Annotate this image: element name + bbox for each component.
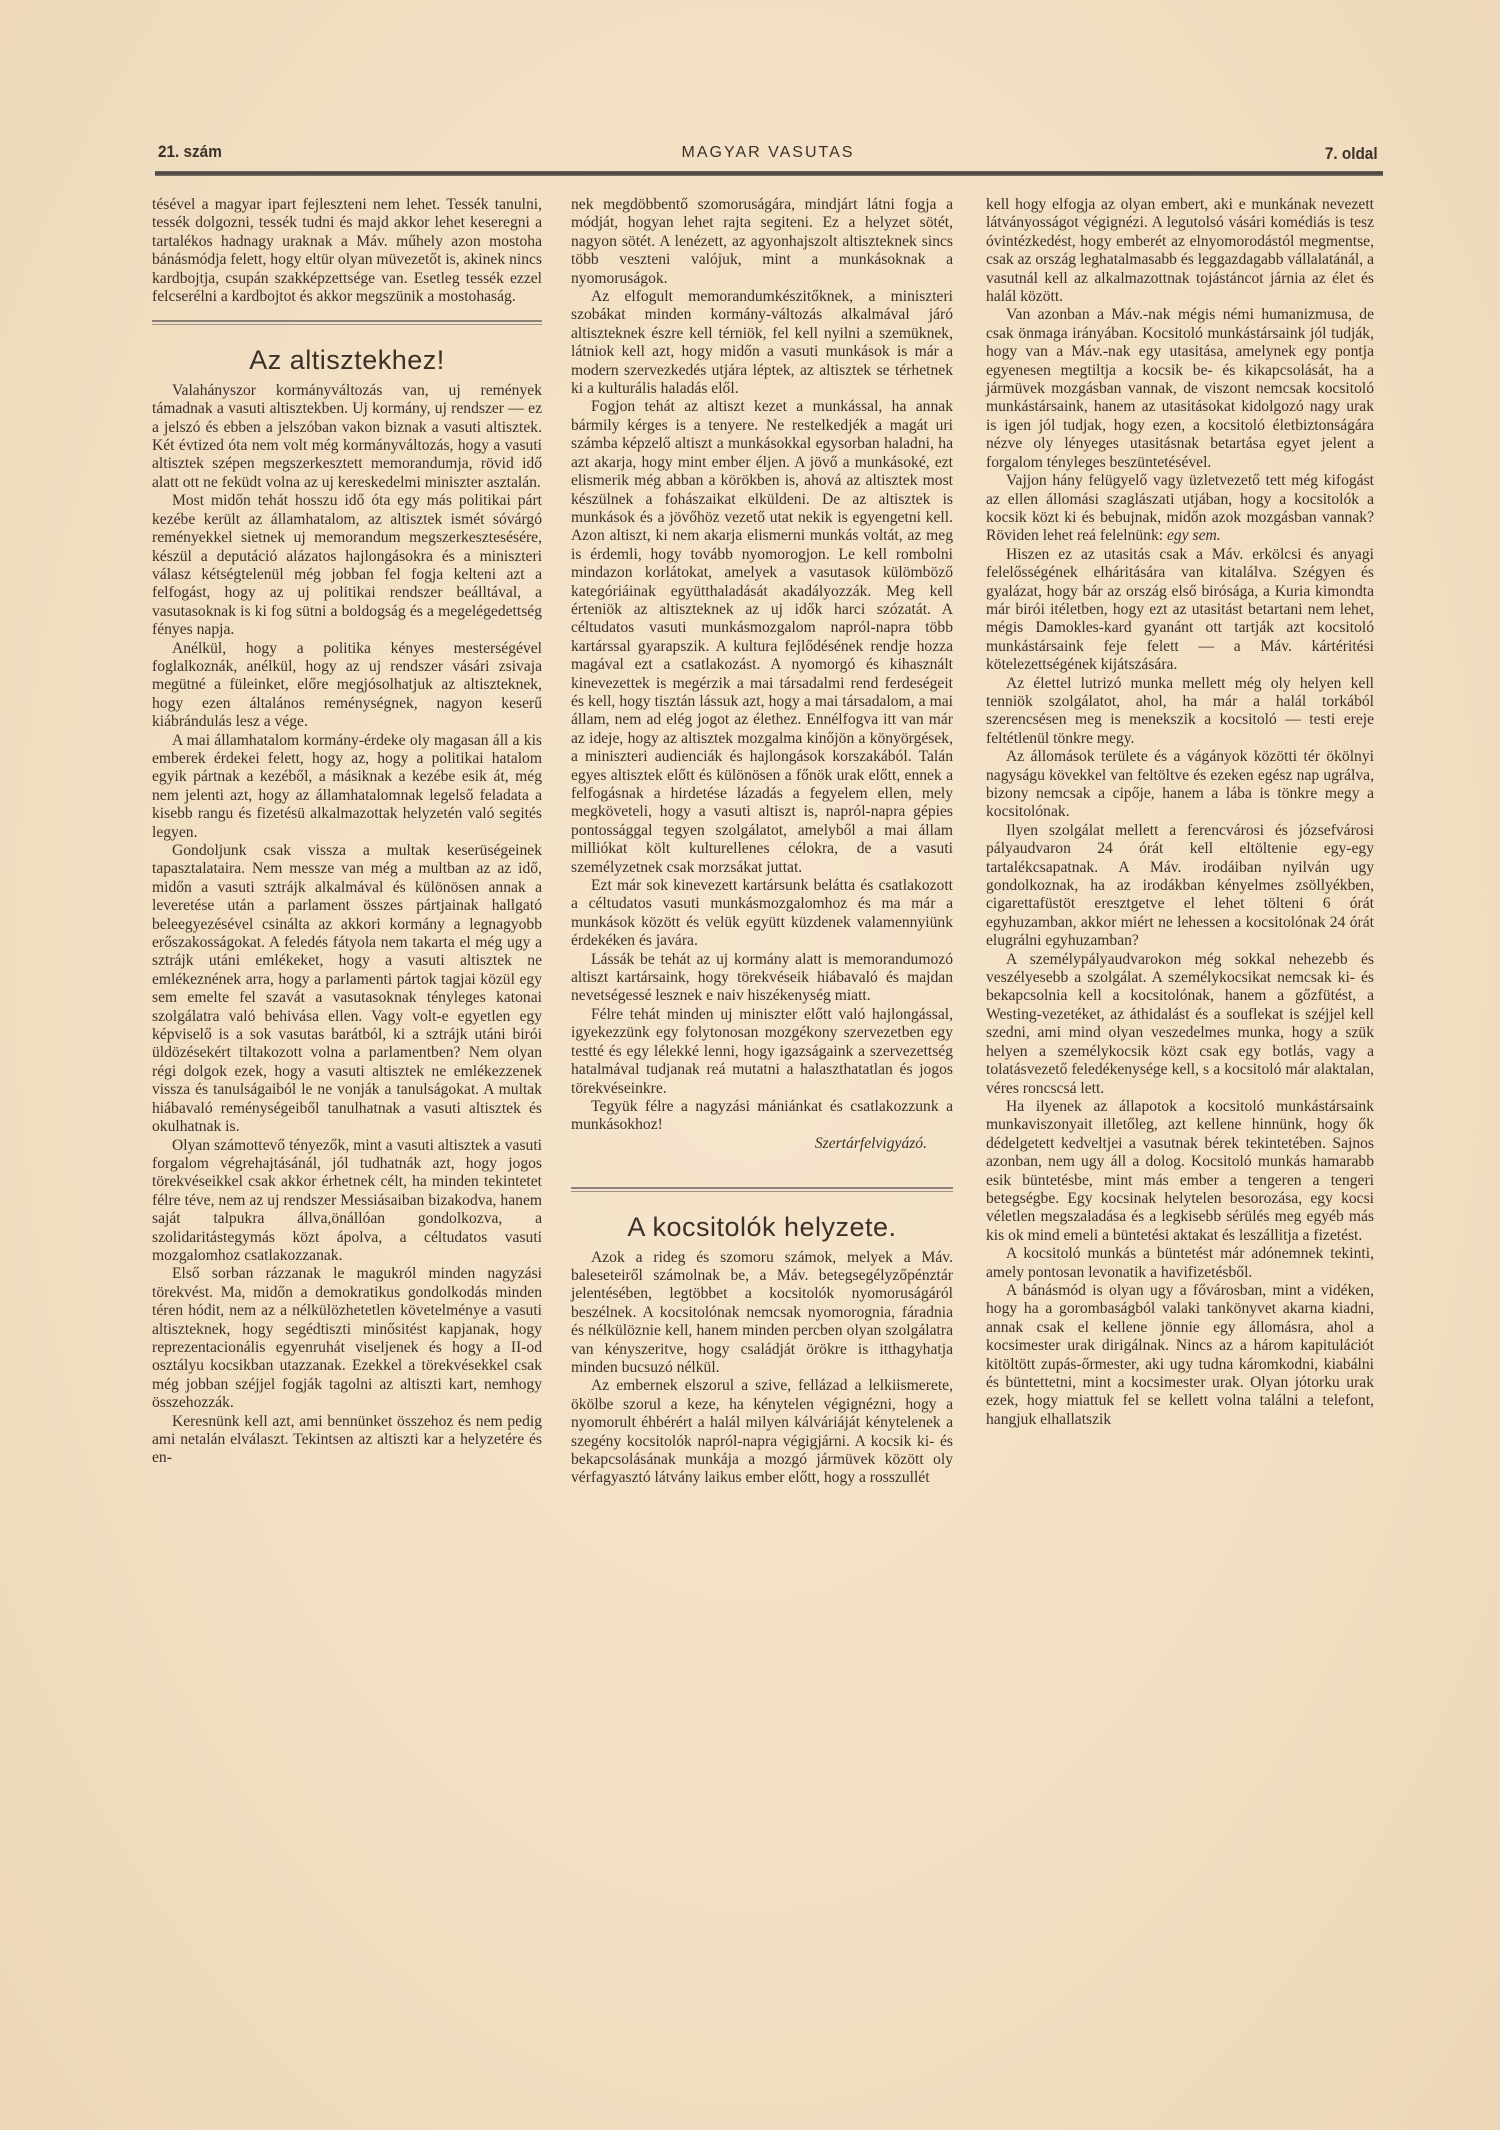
- italic-answer: egy sem.: [1167, 527, 1221, 544]
- paragraph: A kocsitoló munkás a büntetést már adóne…: [986, 1245, 1374, 1282]
- paragraph: Hiszen ez az utasitás csak a Máv. erkölc…: [986, 546, 1374, 675]
- paragraph: Keresnünk kell azt, ami bennünket összeh…: [152, 1413, 542, 1468]
- paragraph: Fogjon tehát az altiszt kezet a munkássa…: [571, 398, 953, 877]
- paragraph: A személypályaudvarokon még sokkal nehez…: [986, 951, 1374, 1098]
- continuation-text: tésével a magyar ipart fejleszteni nem l…: [152, 196, 542, 306]
- paragraph: Valahányszor kormányváltozás van, uj rem…: [152, 382, 542, 492]
- paragraph: Félre tehát minden uj miniszter előtt va…: [571, 1006, 953, 1098]
- paragraph: Vajjon hány felügyelő vagy üzletvezető t…: [986, 472, 1374, 546]
- paragraph: Gondoljunk csak vissza a multak keserüsé…: [152, 842, 542, 1137]
- paragraph: Ha ilyenek az állapotok a kocsitoló munk…: [986, 1098, 1374, 1245]
- column-3: kell hogy elfogja az olyan embert, aki e…: [986, 196, 1374, 1429]
- paragraph: Az állomások területe és a vágányok közö…: [986, 748, 1374, 822]
- paragraph: Az embernek elszorul a szive, fellázad a…: [571, 1377, 953, 1487]
- article-title-kocsitolok: A kocsitolók helyzete.: [571, 1218, 953, 1236]
- paragraph: Van azonban a Máv.-nak mégis némi humani…: [986, 306, 1374, 472]
- article-divider: [152, 320, 542, 325]
- page-header: 21. szám MAGYAR VASUTAS 7. oldal: [158, 140, 1378, 166]
- paragraph: Anélkül, hogy a politika kényes mestersé…: [152, 640, 542, 732]
- paragraph: nek megdöbbentő szomoruságára, mindjárt …: [571, 196, 953, 288]
- paragraph: Azok a rideg és szomoru számok, melyek a…: [571, 1249, 953, 1378]
- paragraph: Első sorban rázzanak le magukról minden …: [152, 1265, 542, 1412]
- article-divider: [571, 1187, 953, 1192]
- publication-title: MAGYAR VASUTAS: [158, 144, 1378, 162]
- paragraph: Az élettel lutrizó munka mellett még oly…: [986, 675, 1374, 749]
- paragraph: A mai államhatalom kormány-érdeke oly ma…: [152, 732, 542, 842]
- paragraph: Lássák be tehát az uj kormány alatt is m…: [571, 951, 953, 1006]
- article-title-altisztekhez: Az altisztekhez!: [152, 351, 542, 369]
- page-number: 7. oldal: [1325, 144, 1378, 164]
- paragraph: Ezt már sok kinevezett kartársunk belátt…: [571, 877, 953, 951]
- paragraph: Tegyük félre a nagyzási mániánkat és csa…: [571, 1098, 953, 1135]
- paragraph: A bánásmód is olyan ugy a fővárosban, mi…: [986, 1282, 1374, 1429]
- paragraph: kell hogy elfogja az olyan embert, aki e…: [986, 196, 1374, 306]
- newspaper-page: 21. szám MAGYAR VASUTAS 7. oldal tésével…: [0, 0, 1500, 2130]
- paragraph: Most midőn tehát hosszu idő óta egy más …: [152, 492, 542, 639]
- paragraph: Ilyen szolgálat mellett a ferencvárosi é…: [986, 822, 1374, 951]
- column-1: tésével a magyar ipart fejleszteni nem l…: [152, 196, 542, 1468]
- paragraph: Az elfogult memorandumkészitőknek, a min…: [571, 288, 953, 398]
- paragraph: Olyan számottevő tényezők, mint a vasuti…: [152, 1137, 542, 1266]
- column-2: nek megdöbbentő szomoruságára, mindjárt …: [571, 196, 953, 1488]
- article-signature: Szertárfelvigyázó.: [571, 1135, 953, 1153]
- header-rule: [155, 171, 1383, 176]
